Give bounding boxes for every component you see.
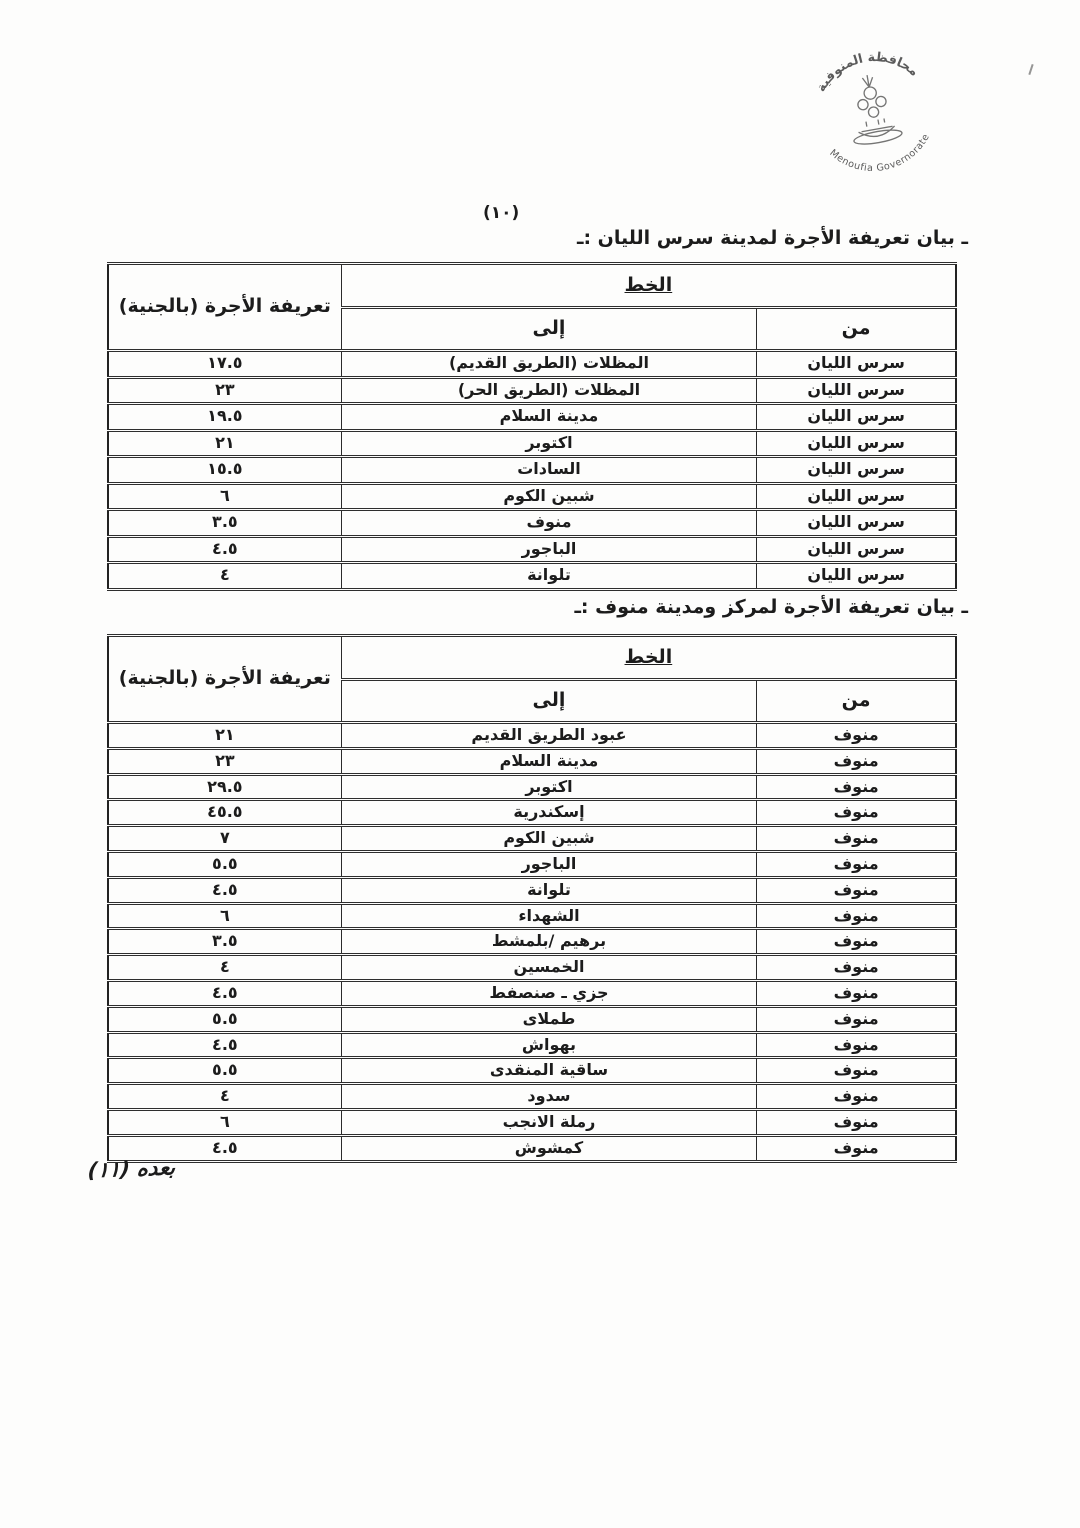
from-cell: منوف xyxy=(757,1109,956,1135)
to-cell: السادات xyxy=(341,457,757,484)
seal-emblem-icon xyxy=(843,71,903,147)
from-cell: منوف xyxy=(757,774,956,800)
table-row: منوفالخمسين٤ xyxy=(108,955,956,981)
table-row: منوفجزي ـ صنصفط٤.٥ xyxy=(108,980,956,1006)
stamp-arabic-text: محافظة المنوفية xyxy=(808,41,923,96)
continuation-note: بعده (١١) xyxy=(87,1155,177,1182)
scanned-document-page: { "document": { "page_number": "(١٠)", "… xyxy=(0,0,1080,1528)
to-cell: بهواش xyxy=(341,1032,757,1058)
table-row: منوفكمشوش٤.٥ xyxy=(108,1135,956,1161)
from-cell: منوف xyxy=(757,929,956,955)
column-header-from: من xyxy=(757,308,956,351)
fare-cell: ٤٥.٥ xyxy=(108,800,341,826)
table-row: منوفطملاى٥.٥ xyxy=(108,1006,956,1032)
table-row: منوفمدينة السلام٢٣ xyxy=(108,748,956,774)
column-header-fare: تعريفة الأجرة (بالجنية) xyxy=(108,636,341,723)
from-cell: منوف xyxy=(757,1032,956,1058)
to-cell: شبين الكوم xyxy=(341,483,757,510)
from-cell: منوف xyxy=(757,723,956,749)
menouf-fare-table-body: منوفعبود الطريق القديم٢١منوفمدينة السلام… xyxy=(108,723,956,1162)
to-cell: المظلات (الطريق الحر) xyxy=(341,377,757,404)
from-cell: سرس الليان xyxy=(757,483,956,510)
table-row: سرس الليانالمظلات (الطريق الحر)٢٣ xyxy=(108,377,956,404)
from-cell: سرس الليان xyxy=(757,377,956,404)
from-cell: سرس الليان xyxy=(757,430,956,457)
table-row: سرس الليانالباجور٤.٥ xyxy=(108,536,956,563)
to-cell: شبين الكوم xyxy=(341,826,757,852)
column-header-line: الخط xyxy=(341,636,956,680)
column-header-line: الخط xyxy=(341,264,956,308)
fare-cell: ٤ xyxy=(108,1084,341,1110)
fare-cell: ٥.٥ xyxy=(108,1058,341,1084)
table-row: سرس الليانمدينة السلام١٩.٥ xyxy=(108,404,956,431)
table-row: منوفبهواش٤.٥ xyxy=(108,1032,956,1058)
fare-cell: ٦ xyxy=(108,903,341,929)
table-row: منوفبرهيم /بلمشط٣.٥ xyxy=(108,929,956,955)
from-cell: سرس الليان xyxy=(757,457,956,484)
svg-text:محافظة المنوفية: محافظة المنوفية xyxy=(808,41,923,96)
table-row: منوفالشهداء٦ xyxy=(108,903,956,929)
table-row: منوفشبين الكوم٧ xyxy=(108,826,956,852)
governorate-seal-icon: محافظة المنوفية Menoufia Governorate xyxy=(793,29,954,183)
to-cell: كمشوش xyxy=(341,1135,757,1161)
page-number: (١٠) xyxy=(483,203,519,223)
fare-cell: ٣.٥ xyxy=(108,510,341,537)
to-cell: مدينة السلام xyxy=(341,404,757,431)
column-header-to: إلى xyxy=(341,308,757,351)
fare-cell: ٢١ xyxy=(108,723,341,749)
table-row: منوفرملة الانجب٦ xyxy=(108,1109,956,1135)
svg-text:Menoufia Governorate: Menoufia Governorate xyxy=(826,130,937,182)
menouf-fare-table: الخط تعريفة الأجرة (بالجنية) من إلى منوف… xyxy=(107,634,957,1163)
fare-cell: ٤ xyxy=(108,955,341,981)
table-row: منوفسدود٤ xyxy=(108,1084,956,1110)
table-row: منوفاكتوبر٢٩.٥ xyxy=(108,774,956,800)
from-cell: منوف xyxy=(757,851,956,877)
to-cell: مدينة السلام xyxy=(341,748,757,774)
table-row: سرس الليانشبين الكوم٦ xyxy=(108,483,956,510)
from-cell: منوف xyxy=(757,955,956,981)
table-row: منوفساقية المنقدى٥.٥ xyxy=(108,1058,956,1084)
to-cell: إسكندرية xyxy=(341,800,757,826)
line-header-label: الخط xyxy=(625,646,673,668)
to-cell: تلوانة xyxy=(341,877,757,903)
fare-cell: ١٥.٥ xyxy=(108,457,341,484)
fare-cell: ٤.٥ xyxy=(108,980,341,1006)
fare-cell: ٦ xyxy=(108,1109,341,1135)
from-cell: منوف xyxy=(757,1058,956,1084)
scan-artifact-mark xyxy=(1028,64,1033,75)
fare-cell: ٢٣ xyxy=(108,377,341,404)
to-cell: الباجور xyxy=(341,536,757,563)
to-cell: جزي ـ صنصفط xyxy=(341,980,757,1006)
fare-cell: ٥.٥ xyxy=(108,851,341,877)
sers-fare-table-body: سرس الليانالمظلات (الطريق القديم)١٧.٥سرس… xyxy=(108,351,956,590)
from-cell: سرس الليان xyxy=(757,536,956,563)
to-cell: تلوانة xyxy=(341,563,757,590)
fare-cell: ٤ xyxy=(108,563,341,590)
to-cell: عبود الطريق القديم xyxy=(341,723,757,749)
table-row: سرس الليانتلوانة٤ xyxy=(108,563,956,590)
from-cell: منوف xyxy=(757,1135,956,1161)
from-cell: منوف xyxy=(757,877,956,903)
fare-cell: ٦ xyxy=(108,483,341,510)
to-cell: اكتوبر xyxy=(341,774,757,800)
menouf-table-title: ـ بيان تعريفة الأجرة لمركز ومدينة منوف :… xyxy=(574,596,968,618)
to-cell: برهيم /بلمشط xyxy=(341,929,757,955)
from-cell: منوف xyxy=(757,748,956,774)
fare-cell: ٥.٥ xyxy=(108,1006,341,1032)
from-cell: منوف xyxy=(757,980,956,1006)
from-cell: منوف xyxy=(757,1084,956,1110)
to-cell: رملة الانجب xyxy=(341,1109,757,1135)
to-cell: ساقية المنقدى xyxy=(341,1058,757,1084)
to-cell: منوف xyxy=(341,510,757,537)
governorate-stamp: محافظة المنوفية Menoufia Governorate xyxy=(793,29,954,183)
table-row: سرس الليانمنوف٣.٥ xyxy=(108,510,956,537)
column-header-to: إلى xyxy=(341,680,757,723)
to-cell: طملاى xyxy=(341,1006,757,1032)
stamp-english-text: Menoufia Governorate xyxy=(826,130,937,182)
from-cell: سرس الليان xyxy=(757,563,956,590)
table-row: سرس الليانالسادات١٥.٥ xyxy=(108,457,956,484)
from-cell: سرس الليان xyxy=(757,510,956,537)
from-cell: منوف xyxy=(757,1006,956,1032)
fare-cell: ١٧.٥ xyxy=(108,351,341,378)
table-row: منوفالباجور٥.٥ xyxy=(108,851,956,877)
fare-cell: ٢١ xyxy=(108,430,341,457)
to-cell: سدود xyxy=(341,1084,757,1110)
to-cell: الخمسين xyxy=(341,955,757,981)
fare-cell: ٢٩.٥ xyxy=(108,774,341,800)
from-cell: سرس الليان xyxy=(757,351,956,378)
from-cell: منوف xyxy=(757,826,956,852)
from-cell: سرس الليان xyxy=(757,404,956,431)
column-header-fare: تعريفة الأجرة (بالجنية) xyxy=(108,264,341,351)
fare-cell: ٣.٥ xyxy=(108,929,341,955)
from-cell: منوف xyxy=(757,800,956,826)
to-cell: الشهداء xyxy=(341,903,757,929)
sers-table-title: ـ بيان تعريفة الأجرة لمدينة سرس الليان :… xyxy=(577,227,968,249)
fare-cell: ٧ xyxy=(108,826,341,852)
to-cell: اكتوبر xyxy=(341,430,757,457)
sers-fare-table: الخط تعريفة الأجرة (بالجنية) من إلى سرس … xyxy=(107,262,957,591)
table-row: سرس الليانالمظلات (الطريق القديم)١٧.٥ xyxy=(108,351,956,378)
fare-cell: ٢٣ xyxy=(108,748,341,774)
fare-cell: ٤.٥ xyxy=(108,877,341,903)
table-row: منوفعبود الطريق القديم٢١ xyxy=(108,723,956,749)
table-row: منوفتلوانة٤.٥ xyxy=(108,877,956,903)
line-header-label: الخط xyxy=(625,274,673,296)
from-cell: منوف xyxy=(757,903,956,929)
to-cell: المظلات (الطريق القديم) xyxy=(341,351,757,378)
table-row: منوفإسكندرية٤٥.٥ xyxy=(108,800,956,826)
to-cell: الباجور xyxy=(341,851,757,877)
column-header-from: من xyxy=(757,680,956,723)
fare-cell: ٤.٥ xyxy=(108,536,341,563)
fare-cell: ٤.٥ xyxy=(108,1032,341,1058)
table-row: سرس اللياناكتوبر٢١ xyxy=(108,430,956,457)
fare-cell: ١٩.٥ xyxy=(108,404,341,431)
